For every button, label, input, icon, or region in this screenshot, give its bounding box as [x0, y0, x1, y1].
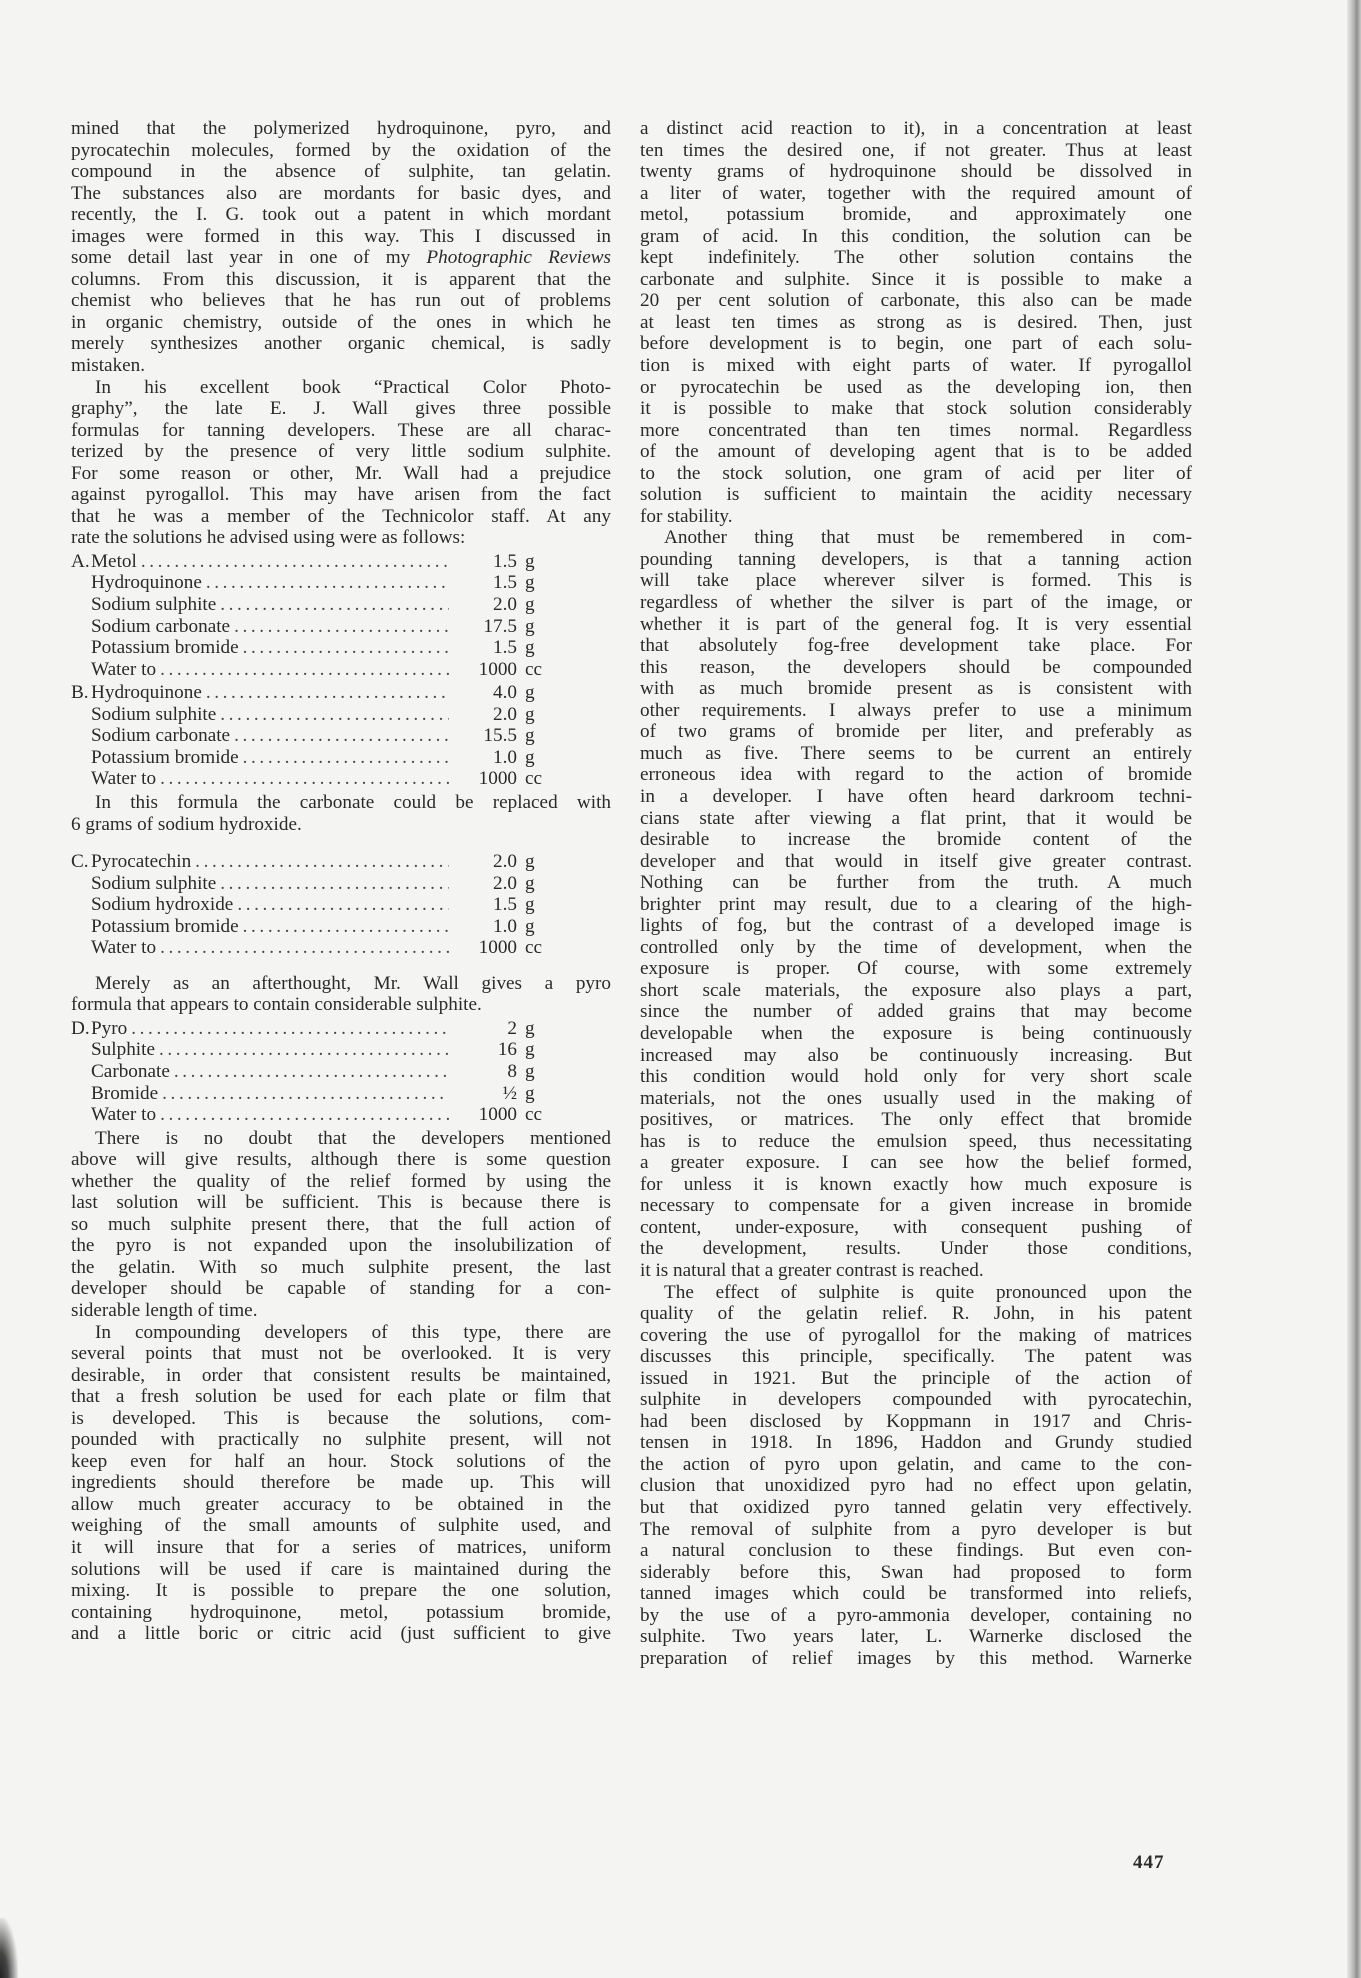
text-line: the action of pyro upon gelatin, and cam…: [640, 1454, 1192, 1476]
text-line: a natural conclusion to these findings. …: [640, 1540, 1192, 1562]
ingredient-amount: 1.0: [453, 916, 517, 938]
text-line: Merely as an afterthought, Mr. Wall give…: [71, 973, 611, 995]
text-line: ten times the desired one, if not greate…: [640, 140, 1192, 162]
leader-dots: [220, 704, 449, 726]
formula-letter: B.: [71, 682, 91, 704]
text-line: lights of fog, but the contrast of a dev…: [640, 915, 1192, 937]
text-line: There is no doubt that the developers me…: [71, 1128, 611, 1150]
formula-letter: C.: [71, 851, 91, 873]
ingredient-unit: g: [517, 1039, 571, 1061]
formula-row: Sulphite 16 g: [71, 1039, 611, 1061]
text-line: or pyrocatechin be used as the developin…: [640, 377, 1192, 399]
text-line: much as five. There seems to be current …: [640, 743, 1192, 765]
formula-row: Hydroquinone 1.5 g: [71, 572, 611, 594]
text-line: above will give results, although there …: [71, 1149, 611, 1171]
paragraph-wall-formulas-intro: In his excellent book “Practical Color P…: [71, 377, 611, 549]
text-line: more concentrated than ten times normal.…: [640, 420, 1192, 442]
text-line: ingredients should therefore be made up.…: [71, 1472, 611, 1494]
ingredient-unit: g: [517, 1061, 571, 1083]
leader-dots: [206, 682, 449, 704]
text-line: cians state after viewing a flat print, …: [640, 808, 1192, 830]
text-line: discusses this principle, specifically. …: [640, 1346, 1192, 1368]
ingredient-name: Pyrocatechin: [91, 851, 191, 873]
text-line: metol, potassium bromide, and approximat…: [640, 204, 1192, 226]
text-line: gram of acid. In this condition, the sol…: [640, 226, 1192, 248]
formula-a: A. Metol 1.5 g Hydroquinone 1.5 g Sodium…: [71, 551, 611, 680]
ingredient-name: Sodium carbonate: [91, 616, 230, 638]
text-line: of the amount of developing agent that i…: [640, 441, 1192, 463]
text-line: pounding tanning developers, is that a t…: [640, 549, 1192, 571]
text-line: for unless it is known exactly how much …: [640, 1174, 1192, 1196]
leader-dots: [159, 1039, 449, 1061]
paragraph-stock-solutions: a distinct acid reaction to it), in a co…: [640, 118, 1192, 527]
text-line: positives, or matrices. The only effect …: [640, 1109, 1192, 1131]
formula-row: D. Pyro 2 g: [71, 1018, 611, 1040]
ingredient-unit: g: [517, 851, 571, 873]
ingredient-amount: 2.0: [453, 873, 517, 895]
text-line: short scale materials, the exposure also…: [640, 980, 1192, 1002]
text-line: has is to reduce the emulsion speed, thu…: [640, 1131, 1192, 1153]
text-line: developable when the exposure is being c…: [640, 1023, 1192, 1045]
ingredient-amount: 1.5: [453, 572, 517, 594]
text-line: In his excellent book “Practical Color P…: [71, 377, 611, 399]
ingredient-name: Carbonate: [91, 1061, 170, 1083]
formula-row: Sodium carbonate 17.5 g: [71, 616, 611, 638]
ingredient-name: Sulphite: [91, 1039, 155, 1061]
paragraph-sulphite-history: The effect of sulphite is quite pronounc…: [640, 1282, 1192, 1670]
leader-dots: [234, 725, 449, 747]
text-line: preparation of relief images by this met…: [640, 1648, 1192, 1670]
formula-row: Water to 1000 cc: [71, 659, 611, 681]
page-corner-shadow: [0, 1918, 18, 1978]
ingredient-amount: 2.0: [453, 594, 517, 616]
text-line: mixing. It is possible to prepare the on…: [71, 1580, 611, 1602]
leader-dots: [141, 551, 449, 573]
ingredient-unit: g: [517, 894, 571, 916]
text-line: covering the use of pyrogallol for the m…: [640, 1325, 1192, 1347]
text-line: issued in 1921. But the principle of the…: [640, 1368, 1192, 1390]
text-line: before development is to begin, one part…: [640, 333, 1192, 355]
text-line: tion is mixed with eight parts of water.…: [640, 355, 1192, 377]
leader-dots: [220, 594, 449, 616]
leader-dots: [160, 937, 449, 959]
leader-dots: [243, 747, 449, 769]
formula-row: A. Metol 1.5 g: [71, 551, 611, 573]
text-line: the gelatin. With so much sulphite prese…: [71, 1257, 611, 1279]
text-line: that a fresh solution be used for each p…: [71, 1386, 611, 1408]
ingredient-amount: 2: [453, 1018, 517, 1040]
ingredient-amount: 1.5: [453, 551, 517, 573]
text-line: the pyro is not expanded upon the insolu…: [71, 1235, 611, 1257]
formula-row: Sodium sulphite 2.0 g: [71, 594, 611, 616]
ingredient-amount: 4.0: [453, 682, 517, 704]
ingredient-amount: 1000: [453, 768, 517, 790]
text-line: it will insure that for a series of matr…: [71, 1537, 611, 1559]
ingredient-name: Water to: [91, 768, 156, 790]
text-line: rate the solutions he advised using were…: [71, 527, 611, 549]
text-line: and a little boric or citric acid (just …: [71, 1623, 611, 1645]
ingredient-unit: g: [517, 916, 571, 938]
text-line: that he was a member of the Technicolor …: [71, 506, 611, 528]
formula-row: Water to 1000 cc: [71, 1104, 611, 1126]
text-line: In compounding developers of this type, …: [71, 1322, 611, 1344]
formula-d: D. Pyro 2 g Sulphite 16 g Carbonate 8 g …: [71, 1018, 611, 1126]
ingredient-amount: 1.0: [453, 747, 517, 769]
text-line: developer should be capable of standing …: [71, 1278, 611, 1300]
page-binding-shadow: [1347, 0, 1361, 1978]
text-line: is developed. This is because the soluti…: [71, 1408, 611, 1430]
text-line: For some reason or other, Mr. Wall had a…: [71, 463, 611, 485]
text-line: exposure is proper. Of course, with some…: [640, 958, 1192, 980]
formula-letter: A.: [71, 551, 91, 573]
ingredient-name: Water to: [91, 1104, 156, 1126]
text-line: desirable to increase the bromide conten…: [640, 829, 1192, 851]
text-segment: some detail last year in one of my: [71, 247, 426, 268]
text-line: graphy”, the late E. J. Wall gives three…: [71, 398, 611, 420]
ingredient-unit: cc: [517, 1104, 571, 1126]
ingredient-name: Hydroquinone: [91, 572, 202, 594]
text-line: formulas for tanning developers. These a…: [71, 420, 611, 442]
text-line: since the number of added grains that ma…: [640, 1001, 1192, 1023]
formula-row: C. Pyrocatechin 2.0 g: [71, 851, 611, 873]
publication-title: Photographic Reviews: [426, 247, 611, 268]
ingredient-name: Pyro: [91, 1018, 127, 1040]
ingredient-amount: 8: [453, 1061, 517, 1083]
text-line: against pyrogallol. This may have arisen…: [71, 484, 611, 506]
text-line: 20 per cent solution of carbonate, this …: [640, 290, 1192, 312]
text-line: erroneous idea with regard to the action…: [640, 764, 1192, 786]
text-line: images were formed in this way. This I d…: [71, 226, 611, 248]
leader-dots: [131, 1018, 449, 1040]
formula-row: B. Hydroquinone 4.0 g: [71, 682, 611, 704]
text-line: will take place wherever silver is forme…: [640, 570, 1192, 592]
text-line: quality of the gelatin relief. R. John, …: [640, 1303, 1192, 1325]
text-line: tensen in 1918. In 1896, Haddon and Grun…: [640, 1432, 1192, 1454]
text-line: desirable, in order that consistent resu…: [71, 1365, 611, 1387]
leader-dots: [220, 873, 449, 895]
ingredient-amount: 1.5: [453, 894, 517, 916]
text-line: solutions will be used if care is mainta…: [71, 1559, 611, 1581]
text-line: had been disclosed by Koppmann in 1917 a…: [640, 1411, 1192, 1433]
ingredient-name: Metol: [91, 551, 137, 573]
ingredient-amount: 1.5: [453, 637, 517, 659]
ingredient-amount: 16: [453, 1039, 517, 1061]
leader-dots: [243, 916, 449, 938]
text-line: keep even for half an hour. Stock soluti…: [71, 1451, 611, 1473]
ingredient-unit: g: [517, 594, 571, 616]
formula-row: Potassium bromide 1.5 g: [71, 637, 611, 659]
text-line: pyrocatechin molecules, formed by the ox…: [71, 140, 611, 162]
text-line: controlled only by the time of developme…: [640, 937, 1192, 959]
text-line: other requirements. I always prefer to u…: [640, 700, 1192, 722]
ingredient-amount: 1000: [453, 1104, 517, 1126]
ingredient-name: Bromide: [91, 1083, 158, 1105]
ingredient-unit: g: [517, 1018, 571, 1040]
page-number: 447: [1133, 1852, 1165, 1874]
leader-dots: [160, 768, 449, 790]
formula-row: Water to 1000 cc: [71, 768, 611, 790]
right-column: a distinct acid reaction to it), in a co…: [640, 118, 1192, 1669]
text-line: containing hydroquinone, metol, potassiu…: [71, 1602, 611, 1624]
text-line: clusion that unoxidized pyro had no effe…: [640, 1475, 1192, 1497]
text-line: in a developer. I have often heard darkr…: [640, 786, 1192, 808]
text-line: merely synthesizes another organic chemi…: [71, 333, 611, 355]
text-line: it is possible to make that stock soluti…: [640, 398, 1192, 420]
ingredient-amount: 2.0: [453, 851, 517, 873]
text-line: carbonate and sulphite. Since it is poss…: [640, 269, 1192, 291]
text-line: of two grams of bromide per liter, and p…: [640, 721, 1192, 743]
ingredient-unit: cc: [517, 768, 571, 790]
ingredient-unit: g: [517, 873, 571, 895]
paragraph-formula-b-note: In this formula the carbonate could be r…: [71, 792, 611, 835]
text-line: this condition would hold only for very …: [640, 1066, 1192, 1088]
text-line: last solution will be sufficient. This i…: [71, 1192, 611, 1214]
formula-row: Sodium carbonate 15.5 g: [71, 725, 611, 747]
ingredient-amount: 17.5: [453, 616, 517, 638]
text-line: a distinct acid reaction to it), in a co…: [640, 118, 1192, 140]
ingredient-name: Sodium sulphite: [91, 873, 216, 895]
ingredient-amount: 2.0: [453, 704, 517, 726]
leader-dots: [237, 894, 449, 916]
ingredient-unit: g: [517, 637, 571, 659]
text-line: a liter of water, together with the requ…: [640, 183, 1192, 205]
text-line: whether it is part of the general fog. I…: [640, 614, 1192, 636]
formula-row: Potassium bromide 1.0 g: [71, 916, 611, 938]
text-line: 6 grams of sodium hydroxide.: [71, 814, 611, 836]
text-line: some detail last year in one of my Photo…: [71, 247, 611, 269]
text-line: so much sulphite present there, that the…: [71, 1214, 611, 1236]
text-line: The substances also are mordants for bas…: [71, 183, 611, 205]
ingredient-name: Potassium bromide: [91, 747, 239, 769]
text-line: compound in the absence of sulphite, tan…: [71, 161, 611, 183]
ingredient-unit: cc: [517, 937, 571, 959]
leader-dots: [160, 659, 449, 681]
ingredient-name: Sodium sulphite: [91, 704, 216, 726]
ingredient-unit: g: [517, 551, 571, 573]
text-line: whether the quality of the relief formed…: [71, 1171, 611, 1193]
ingredient-amount: 15.5: [453, 725, 517, 747]
ingredient-unit: g: [517, 682, 571, 704]
ingredient-unit: g: [517, 616, 571, 638]
ingredient-amount: ½: [453, 1083, 517, 1105]
ingredient-amount: 1000: [453, 659, 517, 681]
ingredient-name: Sodium hydroxide: [91, 894, 233, 916]
paragraph-polymerized-compounds: mined that the polymerized hydroquinone,…: [71, 118, 611, 377]
ingredient-name: Potassium bromide: [91, 916, 239, 938]
text-line: to the stock solution, one gram of acid …: [640, 463, 1192, 485]
formula-row: Sodium hydroxide 1.5 g: [71, 894, 611, 916]
text-line: a greater exposure. I can see how the be…: [640, 1152, 1192, 1174]
text-line: it is natural that a greater contrast is…: [640, 1260, 1192, 1282]
ingredient-name: Water to: [91, 659, 156, 681]
paragraph-tanning-and-bromide: Another thing that must be remembered in…: [640, 527, 1192, 1281]
formula-row: Potassium bromide 1.0 g: [71, 747, 611, 769]
formula-c: C. Pyrocatechin 2.0 g Sodium sulphite 2.…: [71, 851, 611, 959]
formula-b: B. Hydroquinone 4.0 g Sodium sulphite 2.…: [71, 682, 611, 790]
text-line: materials, not the ones usually used in …: [640, 1088, 1192, 1110]
leader-dots: [162, 1083, 449, 1105]
text-line: by the use of a pyro-ammonia developer, …: [640, 1605, 1192, 1627]
text-line: that absolutely fog-free development tak…: [640, 635, 1192, 657]
ingredient-amount: 1000: [453, 937, 517, 959]
leader-dots: [243, 637, 449, 659]
formula-row: Water to 1000 cc: [71, 937, 611, 959]
paragraph-developer-results: There is no doubt that the developers me…: [71, 1128, 611, 1322]
text-line: this reason, the developers should be co…: [640, 657, 1192, 679]
text-line: solution is sufficient to maintain the a…: [640, 484, 1192, 506]
text-line: regardless of whether the silver is part…: [640, 592, 1192, 614]
text-line: brighter print may result, due to a clea…: [640, 894, 1192, 916]
text-line: recently, the I. G. took out a patent in…: [71, 204, 611, 226]
ingredient-unit: g: [517, 1083, 571, 1105]
text-line: the development, results. Under those co…: [640, 1238, 1192, 1260]
leader-dots: [195, 851, 449, 873]
ingredient-name: Sodium carbonate: [91, 725, 230, 747]
text-line: The effect of sulphite is quite pronounc…: [640, 1282, 1192, 1304]
text-line: Another thing that must be remembered in…: [640, 527, 1192, 549]
text-line: terized by the presence of very little s…: [71, 441, 611, 463]
text-line: with as much bromide present as is consi…: [640, 678, 1192, 700]
text-line: but that oxidized pyro tanned gelatin ve…: [640, 1497, 1192, 1519]
ingredient-unit: g: [517, 747, 571, 769]
ingredient-name: Potassium bromide: [91, 637, 239, 659]
text-line: mistaken.: [71, 355, 611, 377]
text-line: chemist who believes that he has run out…: [71, 290, 611, 312]
text-line: several points that must not be overlook…: [71, 1343, 611, 1365]
formula-row: Sodium sulphite 2.0 g: [71, 873, 611, 895]
text-line: In this formula the carbonate could be r…: [71, 792, 611, 814]
text-line: columns. From this discussion, it is app…: [71, 269, 611, 291]
formula-row: Sodium sulphite 2.0 g: [71, 704, 611, 726]
paragraph-compounding-developers: In compounding developers of this type, …: [71, 1322, 611, 1645]
text-line: allow much greater accuracy to be obtain…: [71, 1494, 611, 1516]
text-line: tanned images which could be transformed…: [640, 1583, 1192, 1605]
text-line: twenty grams of hydroquinone should be d…: [640, 161, 1192, 183]
leader-dots: [174, 1061, 449, 1083]
text-line: sulphite in developers compounded with p…: [640, 1389, 1192, 1411]
ingredient-unit: g: [517, 725, 571, 747]
leader-dots: [160, 1104, 449, 1126]
text-line: siderable length of time.: [71, 1300, 611, 1322]
ingredient-name: Sodium sulphite: [91, 594, 216, 616]
leader-dots: [206, 572, 449, 594]
ingredient-unit: cc: [517, 659, 571, 681]
ingredient-unit: g: [517, 704, 571, 726]
text-line: kept indefinitely. The other solution co…: [640, 247, 1192, 269]
ingredient-name: Hydroquinone: [91, 682, 202, 704]
text-line: at least ten times as strong as is desir…: [640, 312, 1192, 334]
text-line: sulphite. Two years later, L. Warnerke d…: [640, 1626, 1192, 1648]
ingredient-name: Water to: [91, 937, 156, 959]
text-line: for stability.: [640, 506, 1192, 528]
text-line: increased may also be continuously incre…: [640, 1045, 1192, 1067]
text-line: content, under-exposure, with consequent…: [640, 1217, 1192, 1239]
formula-letter: D.: [71, 1018, 91, 1040]
text-line: necessary to compensate for a given incr…: [640, 1195, 1192, 1217]
text-line: Nothing can be further from the truth. A…: [640, 872, 1192, 894]
text-line: developer and that would in itself give …: [640, 851, 1192, 873]
left-column: mined that the polymerized hydroquinone,…: [71, 118, 611, 1645]
paragraph-pyro-afterthought: Merely as an afterthought, Mr. Wall give…: [71, 973, 611, 1016]
text-line: weighing of the small amounts of sulphit…: [71, 1515, 611, 1537]
text-line: in organic chemistry, outside of the one…: [71, 312, 611, 334]
text-line: mined that the polymerized hydroquinone,…: [71, 118, 611, 140]
text-line: siderably before this, Swan had proposed…: [640, 1562, 1192, 1584]
leader-dots: [234, 616, 449, 638]
formula-row: Carbonate 8 g: [71, 1061, 611, 1083]
text-line: formula that appears to contain consider…: [71, 994, 611, 1016]
text-line: pounded with practically no sulphite pre…: [71, 1429, 611, 1451]
text-line: The removal of sulphite from a pyro deve…: [640, 1519, 1192, 1541]
formula-row: Bromide ½ g: [71, 1083, 611, 1105]
ingredient-unit: g: [517, 572, 571, 594]
